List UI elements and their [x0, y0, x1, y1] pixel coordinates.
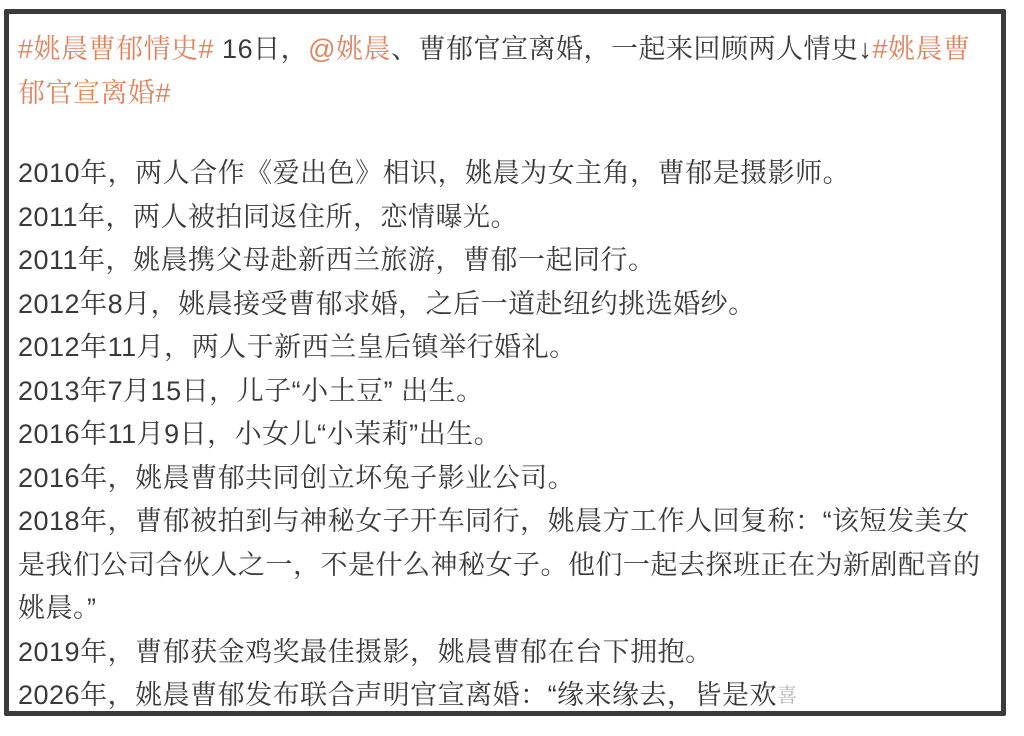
timeline-entry: 2016年，姚晨曹郁共同创立坏兔子影业公司。	[18, 457, 992, 501]
header-text: 、曹郁官宣离婚，一起来回顾两人情史↓	[391, 34, 873, 64]
post-header-text: #姚晨曹郁情史# 16日，@姚晨、曹郁官宣离婚，一起来回顾两人情史↓#姚晨曹郁官…	[18, 27, 992, 115]
header-text: 16日，	[214, 34, 308, 64]
hashtag-link[interactable]: #姚晨曹郁情史#	[18, 34, 214, 64]
timeline-entry: 2026年，姚晨曹郁发布联合声明官宣离婚：“缘来缘去，皆是欢喜	[18, 674, 992, 716]
page-background: #姚晨曹郁情史# 16日，@姚晨、曹郁官宣离婚，一起来回顾两人情史↓#姚晨曹郁官…	[0, 0, 1024, 736]
truncated-character: 喜	[777, 685, 798, 707]
timeline-entry: 2016年11月9日，小女儿“小茉莉”出生。	[18, 413, 992, 457]
timeline-entry: 2011年，姚晨携父母赴新西兰旅游，曹郁一起同行。	[18, 239, 992, 283]
timeline-list: 2010年，两人合作《爱出色》相识，姚晨为女主角，曹郁是摄影师。2011年，两人…	[18, 152, 992, 716]
timeline-entry: 2010年，两人合作《爱出色》相识，姚晨为女主角，曹郁是摄影师。	[18, 152, 992, 196]
timeline-entry: 2011年，两人被拍同返住所，恋情曝光。	[18, 196, 992, 240]
timeline-entry: 2012年11月，两人于新西兰皇后镇举行婚礼。	[18, 326, 992, 370]
mention-link[interactable]: @姚晨	[308, 34, 391, 64]
timeline-entry: 2019年，曹郁获金鸡奖最佳摄影，姚晨曹郁在台下拥抱。	[18, 631, 992, 675]
timeline-entry: 2013年7月15日，儿子“小土豆” 出生。	[18, 370, 992, 414]
timeline-entry: 2012年8月，姚晨接受曹郁求婚，之后一道赴纽约挑选婚纱。	[18, 283, 992, 327]
post-card: #姚晨曹郁情史# 16日，@姚晨、曹郁官宣离婚，一起来回顾两人情史↓#姚晨曹郁官…	[4, 9, 1006, 716]
timeline-entry: 2018年，曹郁被拍到与神秘女子开车同行，姚晨方工作人回复称：“该短发美女是我们…	[18, 500, 992, 631]
